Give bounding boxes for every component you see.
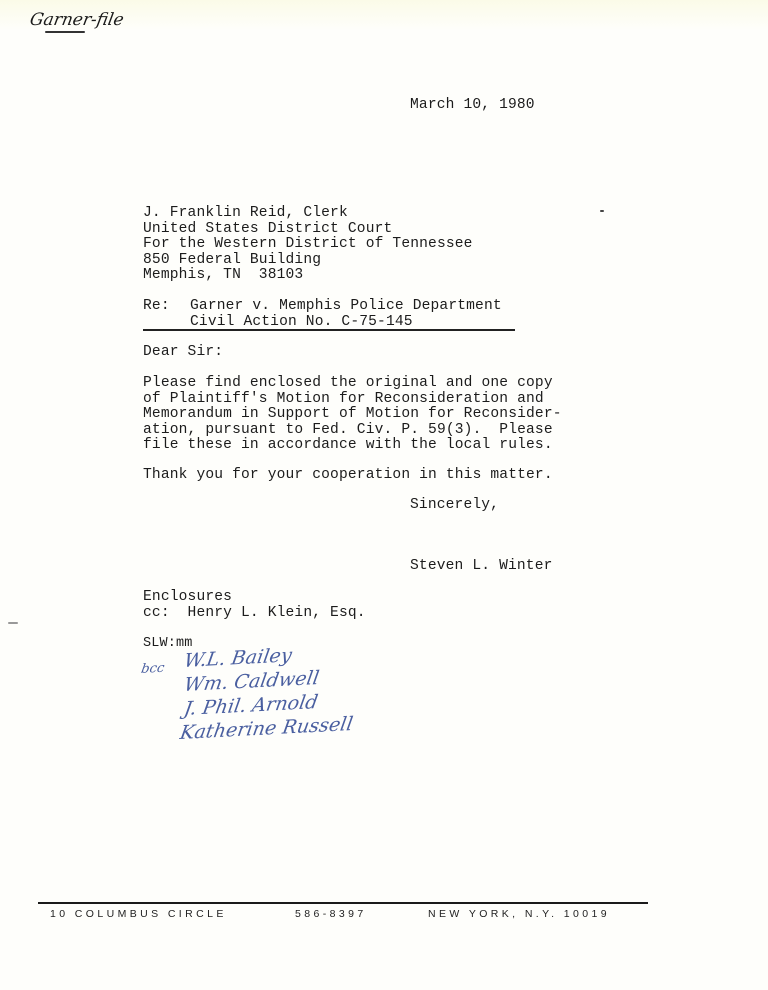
recipient-line: J. Franklin Reid, Clerk — [143, 206, 348, 222]
bcc-label: bcc — [139, 657, 166, 681]
body-line: Please find enclosed the original and on… — [143, 376, 553, 392]
body-line: ation, pursuant to Fed. Civ. P. 59(3). P… — [143, 423, 553, 439]
handwritten-underline — [45, 31, 85, 33]
recipient-line: 850 Federal Building — [143, 253, 321, 269]
footer-city: NEW YORK, N.Y. 10019 — [428, 908, 610, 920]
handwritten-file-note: Garner-file — [28, 10, 125, 30]
enclosures-note: Enclosures — [143, 590, 232, 606]
recipient-line: For the Western District of Tennessee — [143, 237, 473, 253]
cc-line: cc: Henry L. Klein, Esq. — [143, 606, 366, 622]
re-label: Re: — [143, 299, 170, 315]
closing: Sincerely, — [410, 498, 499, 514]
footer-address: 10 COLUMBUS CIRCLE — [50, 908, 227, 920]
re-case-name: Garner v. Memphis Police Department — [190, 299, 502, 315]
signatory-name: Steven L. Winter — [410, 559, 553, 575]
scan-speck — [8, 622, 18, 624]
body-line: file these in accordance with the local … — [143, 438, 553, 454]
recipient-line: Memphis, TN 38103 — [143, 268, 303, 284]
scan-speck — [600, 210, 604, 212]
subject-underline — [143, 329, 515, 331]
body-line: Memorandum in Support of Motion for Reco… — [143, 407, 562, 423]
body-paragraph-2: Thank you for your cooperation in this m… — [143, 468, 553, 484]
footer-phone: 586-8397 — [295, 908, 367, 920]
letter-date: March 10, 1980 — [410, 98, 535, 114]
body-line: of Plaintiff's Motion for Reconsideratio… — [143, 392, 544, 408]
recipient-line: United States District Court — [143, 222, 392, 238]
re-civil-action: Civil Action No. C-75-145 — [190, 315, 413, 331]
footer-rule — [38, 902, 648, 904]
salutation: Dear Sir: — [143, 345, 223, 361]
